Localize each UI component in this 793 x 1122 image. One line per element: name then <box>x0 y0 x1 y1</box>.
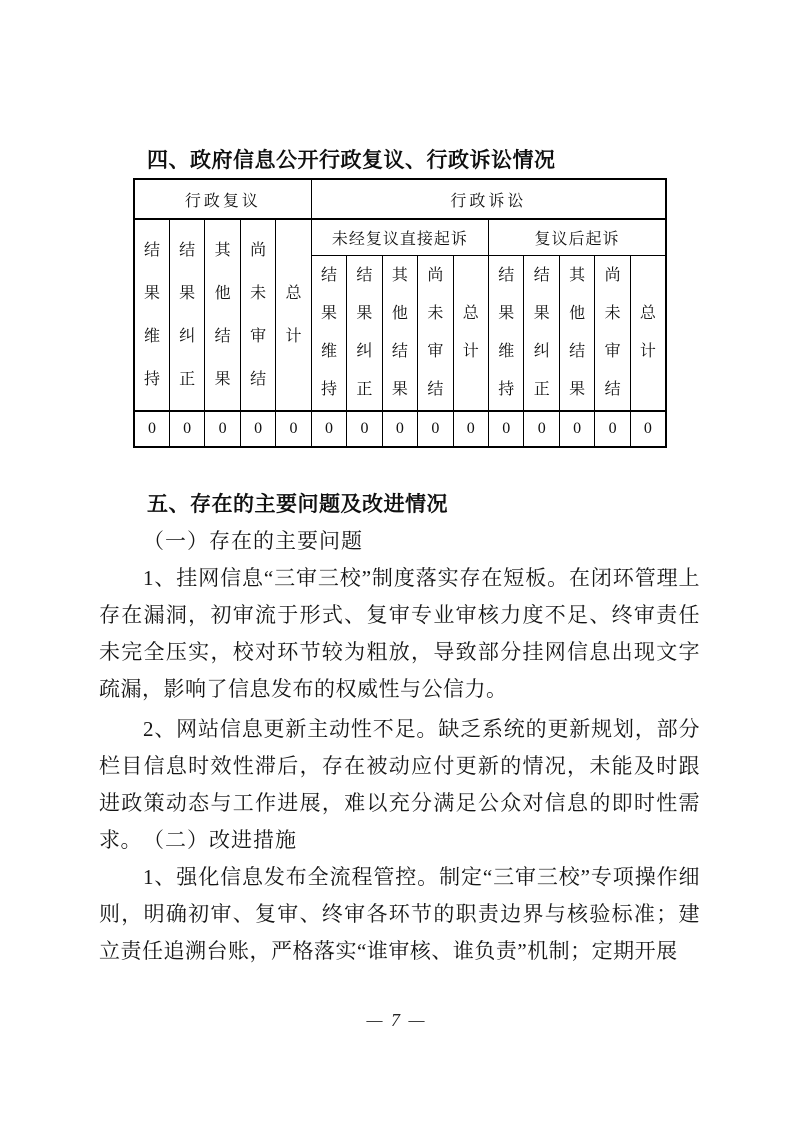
paragraph-problem-1: 1、挂网信息“三审三校”制度落实存在短板。在闭环管理上存在漏洞，初审流于形式、复… <box>99 560 700 708</box>
col-header-review-corrected: 结果纠正 <box>169 219 204 411</box>
col-header-after-total: 总计 <box>630 255 666 411</box>
col-header-label: 其他结果 <box>391 257 409 409</box>
section4-title: 四、政府信息公开行政复议、行政诉讼情况 <box>147 148 556 173</box>
col-header-label: 结果纠正 <box>178 229 196 401</box>
group-header-litigation: 行政诉讼 <box>311 179 666 219</box>
value-cell: 0 <box>134 411 169 447</box>
section5-title: 五、存在的主要问题及改进情况 <box>147 492 448 517</box>
review-litigation-table: 行政复议 行政诉讼 结果维持 结果纠正 其他结果 尚未审结 总计 未经复议直接起… <box>133 178 667 448</box>
col-header-after-corrected: 结果纠正 <box>524 255 559 411</box>
col-header-label: 尚未审结 <box>249 229 267 401</box>
col-header-direct-upheld: 结果维持 <box>311 255 346 411</box>
col-header-label: 结果维持 <box>143 229 161 401</box>
col-header-direct-pending: 尚未审结 <box>418 255 453 411</box>
value-cell: 0 <box>489 411 524 447</box>
col-header-label: 结果纠正 <box>355 257 373 409</box>
col-header-review-upheld: 结果维持 <box>134 219 169 411</box>
value-cell: 0 <box>524 411 559 447</box>
col-header-label: 结果维持 <box>320 257 338 409</box>
col-header-label: 尚未审结 <box>604 257 622 409</box>
value-cell: 0 <box>240 411 275 447</box>
value-cell: 0 <box>595 411 630 447</box>
value-cell: 0 <box>276 411 311 447</box>
table-row: 结果维持 结果纠正 其他结果 尚未审结 总计 未经复议直接起诉 复议后起诉 <box>134 219 666 255</box>
value-cell: 0 <box>559 411 594 447</box>
col-header-review-other: 其他结果 <box>205 219 240 411</box>
col-header-label: 总计 <box>639 295 657 371</box>
col-header-review-pending: 尚未审结 <box>240 219 275 411</box>
col-header-label: 结果维持 <box>497 257 515 409</box>
col-header-label: 结果纠正 <box>533 257 551 409</box>
value-cell: 0 <box>630 411 666 447</box>
value-cell: 0 <box>169 411 204 447</box>
col-header-after-other: 其他结果 <box>559 255 594 411</box>
col-header-label: 其他结果 <box>568 257 586 409</box>
value-cell: 0 <box>347 411 382 447</box>
col-header-after-pending: 尚未审结 <box>595 255 630 411</box>
col-header-after-upheld: 结果维持 <box>489 255 524 411</box>
group-header-review: 行政复议 <box>134 179 311 219</box>
table-row: 行政复议 行政诉讼 <box>134 179 666 219</box>
value-cell: 0 <box>205 411 240 447</box>
table-values-row: 0 0 0 0 0 0 0 0 0 0 0 0 0 0 0 <box>134 411 666 447</box>
col-header-review-total: 总计 <box>276 219 311 411</box>
subgroup-header-suit-after-review: 复议后起诉 <box>489 219 666 255</box>
col-header-label: 尚未审结 <box>426 257 444 409</box>
col-header-direct-other: 其他结果 <box>382 255 417 411</box>
col-header-label: 总计 <box>285 272 303 358</box>
page-number: — 7 — <box>0 1010 793 1031</box>
value-cell: 0 <box>453 411 488 447</box>
value-cell: 0 <box>382 411 417 447</box>
col-header-label: 总计 <box>462 295 480 371</box>
subsection2-heading: （二）改进措施 <box>99 822 700 859</box>
paragraph-measure-1: 1、强化信息发布全流程管控。制定“三审三校”专项操作细则，明确初审、复审、终审各… <box>99 859 700 970</box>
subsection1-heading: （一）存在的主要问题 <box>99 523 700 560</box>
subgroup-header-direct-suit: 未经复议直接起诉 <box>311 219 488 255</box>
value-cell: 0 <box>311 411 346 447</box>
value-cell: 0 <box>418 411 453 447</box>
document-page: 四、政府信息公开行政复议、行政诉讼情况 行政复议 行政诉讼 结果维持 结果纠正 … <box>0 0 793 1122</box>
col-header-label: 其他结果 <box>214 229 232 401</box>
col-header-direct-corrected: 结果纠正 <box>347 255 382 411</box>
col-header-direct-total: 总计 <box>453 255 488 411</box>
